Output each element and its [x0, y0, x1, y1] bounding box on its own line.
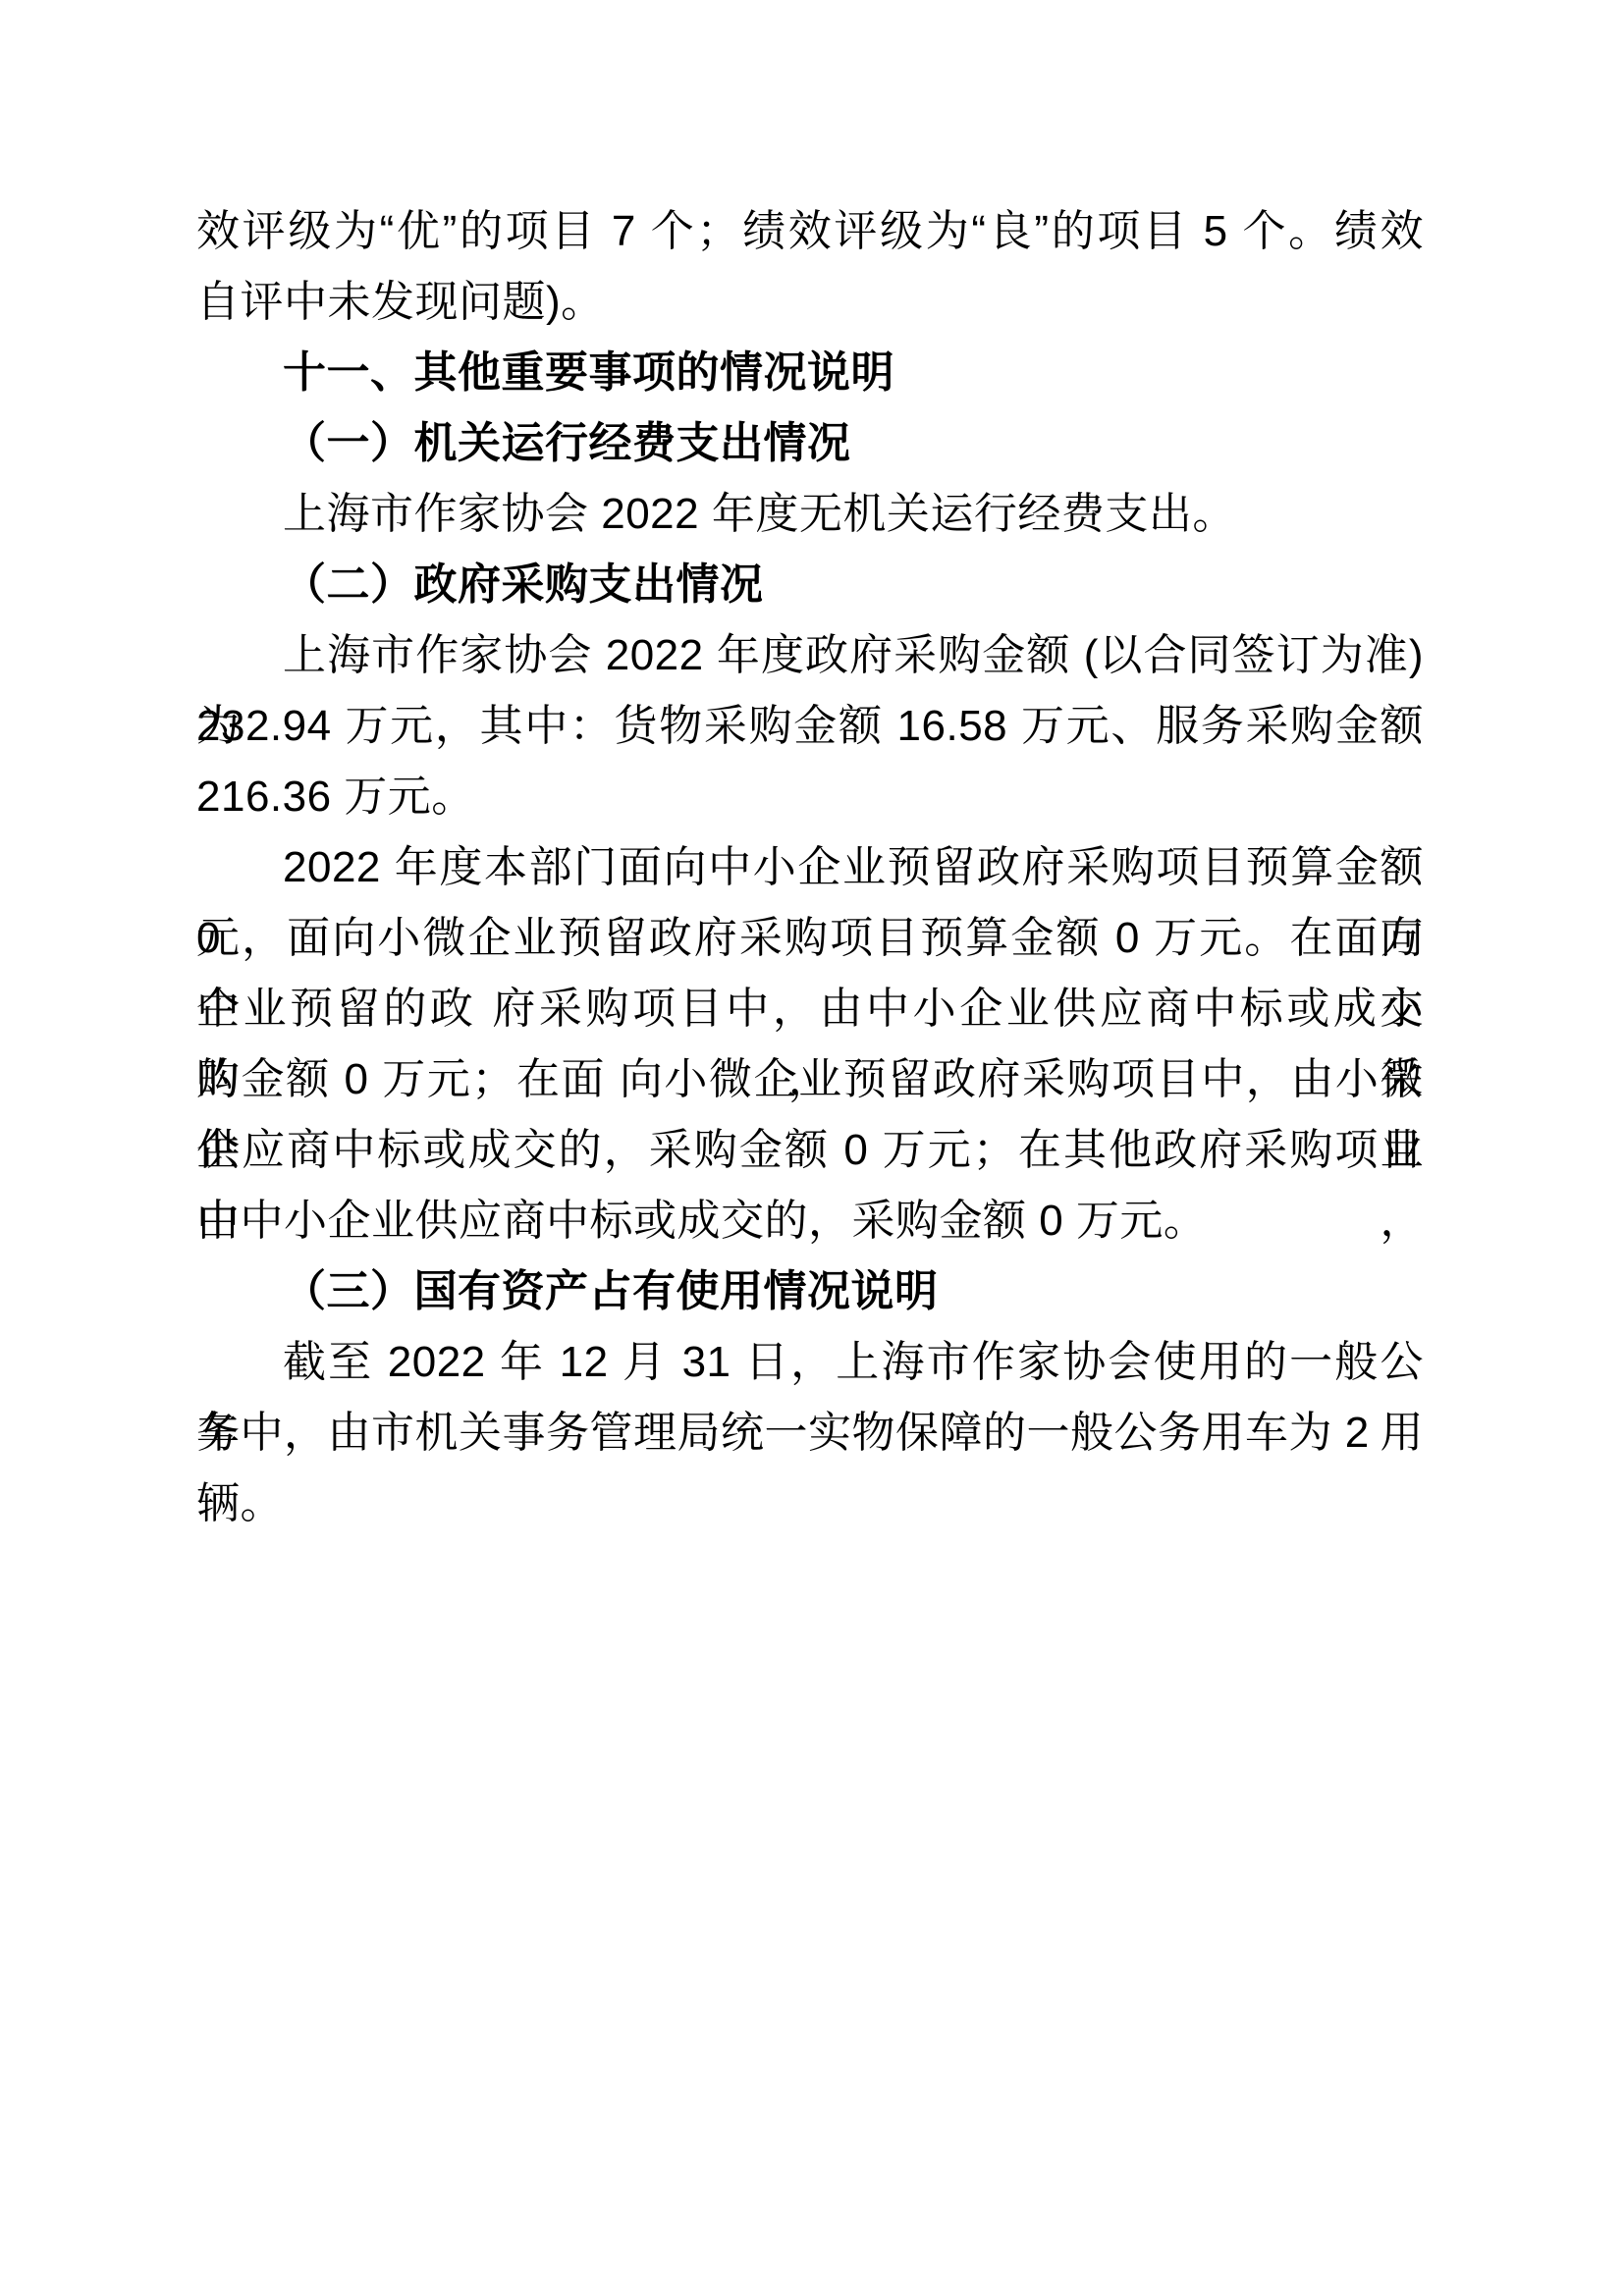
text-line: 车中，由市机关事务管理局统一实物保障的一般公务用车为 2 辆。 — [196, 1398, 1424, 1468]
text-line: 供应商中标或成交的，采购金额 0 万元；在其他政府采购项目中， — [196, 1115, 1424, 1186]
heading-line: （一）机关运行经费支出情况 — [196, 408, 1424, 479]
text-line: 购金额 0 万元；在面 向小微企业预留政府采购项目中，由小微企业 — [196, 1044, 1424, 1115]
heading-line: 十一、其他重要事项的情况说明 — [196, 338, 1424, 408]
text-line: 上海市作家协会 2022 年度无机关运行经费支出。 — [196, 479, 1424, 550]
heading-line: （二）政府采购支出情况 — [196, 550, 1424, 620]
heading-line: （三）国有资产占有使用情况说明 — [196, 1256, 1424, 1327]
text-line: 元，面向小微企业预留政府采购项目预算金额 0 万元。在面向中小 — [196, 903, 1424, 974]
text-line: 效评级为“优”的项目 7 个；绩效评级为“良”的项目 5 个。绩效 — [196, 196, 1424, 267]
text-line: 截至 2022 年 12 月 31 日，上海市作家协会使用的一般公务用 — [196, 1327, 1424, 1398]
text-line: 2022 年度本部门面向中小企业预留政府采购项目预算金额 0 万 — [196, 832, 1424, 903]
text-line: 232.94 万元，其中：货物采购金额 16.58 万元、服务采购金额 — [196, 691, 1424, 762]
document-text-block: 效评级为“优”的项目 7 个；绩效评级为“良”的项目 5 个。绩效自评中未发现问… — [196, 196, 1424, 1468]
text-line: 216.36 万元。 — [196, 762, 1424, 832]
text-line: 上海市作家协会 2022 年度政府采购金额 (以合同签订为准) 为 — [196, 620, 1424, 691]
text-line: 企业预留的政 府采购项目中，由中小企业供应商中标或成交的，采 — [196, 974, 1424, 1044]
document-page: 效评级为“优”的项目 7 个；绩效评级为“良”的项目 5 个。绩效自评中未发现问… — [0, 0, 1624, 2296]
text-line: 自评中未发现问题)。 — [196, 267, 1424, 338]
